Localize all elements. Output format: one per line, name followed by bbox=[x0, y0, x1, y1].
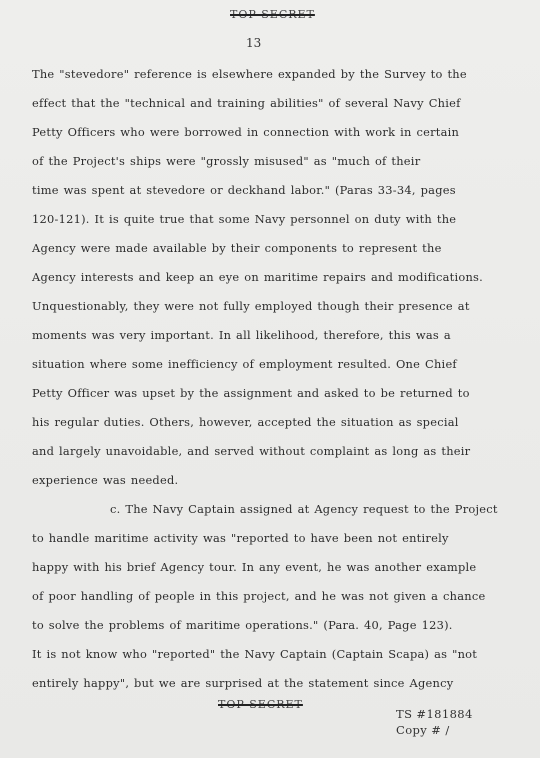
text-line: his regular duties. Others, however, acc… bbox=[32, 412, 522, 441]
text-line: experience was needed. bbox=[32, 470, 522, 499]
text-line: to handle maritime activity was "reporte… bbox=[32, 528, 522, 557]
control-block: TS #181884 Copy # / bbox=[396, 706, 473, 738]
header-classification-marking: TOP SECRET bbox=[230, 8, 315, 21]
text-line: and largely unavoidable, and served with… bbox=[32, 441, 522, 470]
text-line: Unquestionably, they were not fully empl… bbox=[32, 296, 522, 325]
text-line: of the Project's ships were "grossly mis… bbox=[32, 151, 522, 180]
control-number: TS #181884 bbox=[396, 706, 473, 722]
text-line: happy with his brief Agency tour. In any… bbox=[32, 557, 522, 586]
text-line: moments was very important. In all likel… bbox=[32, 325, 522, 354]
text-line: situation where some inefficiency of emp… bbox=[32, 354, 522, 383]
text-line: 120-121). It is quite true that some Nav… bbox=[32, 209, 522, 238]
page-number: 13 bbox=[246, 36, 261, 50]
text-line: Petty Officer was upset by the assignmen… bbox=[32, 383, 522, 412]
text-line: time was spent at stevedore or deckhand … bbox=[32, 180, 522, 209]
text-line: effect that the "technical and training … bbox=[32, 93, 522, 122]
copy-number: Copy # / bbox=[396, 722, 473, 738]
footer-classification-marking: TOP SECRET bbox=[218, 698, 303, 711]
text-line: Agency were made available by their comp… bbox=[32, 238, 522, 267]
document-page: TOP SECRET 13 The "stevedore" reference … bbox=[0, 0, 540, 758]
text-line: The "stevedore" reference is elsewhere e… bbox=[32, 64, 522, 93]
text-line: Petty Officers who were borrowed in conn… bbox=[32, 122, 522, 151]
text-line: to solve the problems of maritime operat… bbox=[32, 615, 522, 644]
body-text: The "stevedore" reference is elsewhere e… bbox=[32, 64, 522, 702]
text-line: Agency interests and keep an eye on mari… bbox=[32, 267, 522, 296]
paragraph-c-start: c. The Navy Captain assigned at Agency r… bbox=[32, 499, 522, 528]
text-line: of poor handling of people in this proje… bbox=[32, 586, 522, 615]
text-line: It is not know who "reported" the Navy C… bbox=[32, 644, 522, 673]
